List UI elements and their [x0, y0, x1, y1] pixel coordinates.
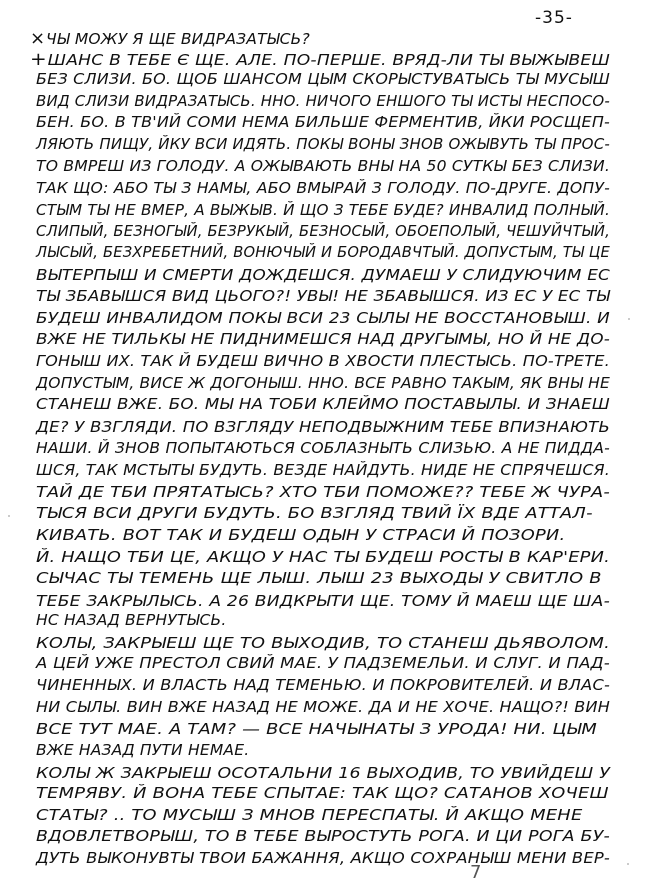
manuscript-line: +ШАНС В ТЕБЕ Є ЩЕ. АЛЕ. ПО-ПЕРШЕ. ВРЯД-Л…	[30, 49, 610, 70]
manuscript-line: ГОНЫШ ИХ. ТАК Й БУДЕШ ВИЧНО В ХВОСТИ ПЛЕ…	[36, 352, 610, 370]
line-text: ТЕМРЯВУ. Й ВОНА ТЕБЕ СПЫТАЕ: ТАК ЩО? САТ…	[36, 784, 609, 802]
line-text: ЧИНЕННЫХ. И ВЛАСТЬ НАД ТЕМЕНЬЮ. И ПОКРОВ…	[36, 676, 610, 694]
manuscript-line: ЛЯЮТЬ ПИЩУ, ЙКУ ВСИ ИДЯТЬ. ПОКЫ ВОНЫ ЗНО…	[36, 135, 610, 153]
line-text: ТО ВМРЕШ ИЗ ГОЛОДУ. А ОЖЫВАЮТЬ ВНЫ НА 50…	[36, 157, 610, 175]
line-text: ТЫ ЗБАВЫШСЯ ВИД ЦЬОГО?! УВЫ! НЕ ЗБАВЫШСЯ…	[36, 287, 610, 305]
line-text: БУДЕШ ИНВАЛИДОМ ПОКЫ ВСИ 23 СЫЛЫ НЕ ВОСС…	[36, 309, 610, 327]
manuscript-line: НАШИ. Й ЗНОВ ПОПЫТАЮТЬСЯ СОБЛАЗНЫТЬ СЛИЗ…	[36, 439, 610, 457]
manuscript-line: ТАЙ ДЕ ТБИ ПРЯТАТЫСЬ? ХТО ТБИ ПОМОЖЕ?? Т…	[36, 483, 610, 501]
manuscript-line: ЧИНЕННЫХ. И ВЛАСТЬ НАД ТЕМЕНЬЮ. И ПОКРОВ…	[36, 676, 610, 694]
line-text: ДУТЬ ВЫКОНУВТЫ ТВОИ БАЖАННЯ, АКЩО СОХРАН…	[36, 849, 610, 867]
manuscript-line: СТАНЕШ ВЖЕ. БО. МЫ НА ТОБИ КЛЕЙМО ПОСТАВ…	[36, 395, 610, 413]
manuscript-line: ЛЫСЫЙ, БЕЗХРЕБЕТНИЙ, ВОНЮЧЫЙ И БОРОДАВЧТ…	[36, 243, 610, 261]
manuscript-line: БЕН. БО. В ТВ'ИЙ СОМИ НЕМА БИЛЬШЕ ФЕРМЕН…	[36, 113, 610, 131]
line-text: А ЦЕЙ УЖЕ ПРЕСТОЛ СВИЙ МАЕ. У ПАДЗЕМЕЛЬИ…	[36, 654, 610, 672]
scan-speck	[8, 515, 10, 517]
line-text: ВДОВЛЕТВОРЫШ, ТО В ТЕБЕ ВЫРОСТУТЬ РОГА. …	[36, 827, 610, 845]
line-text: ВЖЕ НЕ ТИЛЬКЫ НЕ ПИДНИМЕШСЯ НАД ДРУГЫМЫ,…	[36, 330, 610, 348]
line-text: КИВАТЬ. ВОТ ТАК И БУДЕШ ОДЫН У СТРАСИ Й …	[36, 526, 565, 544]
line-text: ШСЯ, ТАК МСТЫТЫ БУДУТЬ. ВЕЗДЕ НАЙДУТЬ. Н…	[36, 461, 610, 479]
line-text: СЛИПЫЙ, БЕЗНОГЫЙ, БЕЗРУКЫЙ, БЕЗНОСЫЙ, ОБ…	[36, 222, 610, 240]
manuscript-line: ТЫСЯ ВСИ ДРУГИ БУДУТЬ. БО ВЗГЛЯД ТВИЙ ЇХ…	[36, 504, 593, 522]
line-text: НАШИ. Й ЗНОВ ПОПЫТАЮТЬСЯ СОБЛАЗНЫТЬ СЛИЗ…	[36, 439, 610, 457]
manuscript-line: ВЫТЕРПЫШ И СМЕРТИ ДОЖДЕШСЯ. ДУМАЕШ У СЛИ…	[36, 266, 610, 284]
manuscript-line: СЫЧАС ТЫ ТЕМЕНЬ ЩЕ ЛЫШ. ЛЫШ 23 ВЫХОДЫ У …	[36, 569, 602, 587]
line-text: ГОНЫШ ИХ. ТАК Й БУДЕШ ВИЧНО В ХВОСТИ ПЛЕ…	[36, 352, 610, 370]
manuscript-line: Й. НАЩО ТБИ ЦЕ, АКЩО У НАС ТЫ БУДЕШ РОСТ…	[36, 548, 610, 566]
manuscript-line: ВИД СЛИЗИ ВИДРАЗАТЫСЬ. ННО. НИЧОГО ЕНШОГ…	[36, 92, 610, 110]
line-text: СТАНЕШ ВЖЕ. БО. МЫ НА ТОБИ КЛЕЙМО ПОСТАВ…	[36, 395, 610, 413]
line-text: КОЛЫ Ж ЗАКРЫЕШ ОСОТАЛЬНИ 16 ВЫХОДИВ, ТО …	[36, 764, 610, 782]
manuscript-line: ВСЕ ТУТ МАЕ. А ТАМ? — ВСЕ НАЧЫНАТЫ З УРО…	[36, 720, 597, 738]
manuscript-line: БУДЕШ ИНВАЛИДОМ ПОКЫ ВСИ 23 СЫЛЫ НЕ ВОСС…	[36, 309, 610, 327]
line-text: Й. НАЩО ТБИ ЦЕ, АКЩО У НАС ТЫ БУДЕШ РОСТ…	[36, 548, 610, 566]
line-text: ТЫСЯ ВСИ ДРУГИ БУДУТЬ. БО ВЗГЛЯД ТВИЙ ЇХ…	[36, 504, 593, 522]
scan-speck	[628, 318, 630, 320]
line-text: ЛЫСЫЙ, БЕЗХРЕБЕТНИЙ, ВОНЮЧЫЙ И БОРОДАВЧТ…	[36, 243, 610, 261]
manuscript-line: ×ЧЫ МОЖУ Я ЩЕ ВИДРАЗАТЫСЬ?	[30, 28, 310, 49]
line-text: КОЛЫ, ЗАКРЫЕШ ЩЕ ТО ВЫХОДИВ, ТО СТАНЕШ Д…	[36, 634, 610, 652]
line-text: ДОПУСТЫМ, ВИСЕ Ж ДОГОНЫШ. ННО. ВСЕ РАВНО…	[36, 374, 610, 392]
manuscript-line: СТАТЫ? .. ТО МУСЫШ З МНОВ ПЕРЕСПАТЫ. Й А…	[36, 806, 582, 824]
manuscript-line: НС НАЗАД ВЕРНУТЫСЬ.	[36, 611, 226, 629]
manuscript-line: ШСЯ, ТАК МСТЫТЫ БУДУТЬ. ВЕЗДЕ НАЙДУТЬ. Н…	[36, 461, 610, 479]
line-text: ШАНС В ТЕБЕ Є ЩЕ. АЛЕ. ПО-ПЕРШЕ. ВРЯД-ЛИ…	[48, 51, 610, 69]
manuscript-line: СТЫМ ТЫ НЕ ВМЕР, А ВЫЖЫВ. Й ЩО З ТЕБЕ БУ…	[36, 201, 610, 219]
line-text: СТЫМ ТЫ НЕ ВМЕР, А ВЫЖЫВ. Й ЩО З ТЕБЕ БУ…	[36, 201, 610, 219]
manuscript-line: ТО ВМРЕШ ИЗ ГОЛОДУ. А ОЖЫВАЮТЬ ВНЫ НА 50…	[36, 157, 610, 175]
manuscript-line: А ЦЕЙ УЖЕ ПРЕСТОЛ СВИЙ МАЕ. У ПАДЗЕМЕЛЬИ…	[36, 654, 610, 672]
answer-marker-icon: +	[30, 49, 48, 70]
line-text: НИ СЫЛЫ. ВИН ВЖЕ НАЗАД НЕ МОЖЕ. ДА И НЕ …	[36, 698, 610, 716]
manuscript-line: ДЕ? У ВЗГЛЯДИ. ПО ВЗГЛЯДУ НЕПОДВЫЖНИМ ТЕ…	[36, 418, 610, 436]
manuscript-line: СЛИПЫЙ, БЕЗНОГЫЙ, БЕЗРУКЫЙ, БЕЗНОСЫЙ, ОБ…	[36, 222, 610, 240]
manuscript-line: БЕЗ СЛИЗИ. БО. ЩОБ ШАНСОМ ЦЫМ СКОРЫСТУВА…	[36, 70, 610, 88]
manuscript-line: ВДОВЛЕТВОРЫШ, ТО В ТЕБЕ ВЫРОСТУТЬ РОГА. …	[36, 827, 610, 845]
line-text: СТАТЫ? .. ТО МУСЫШ З МНОВ ПЕРЕСПАТЫ. Й А…	[36, 806, 582, 824]
manuscript-line: ТЕБЕ ЗАКРЫЛЫСЬ. А 26 ВИДКРЫТИ ЩЕ. ТОМУ Й…	[36, 592, 610, 610]
line-text: ТАК ЩО: АБО ТЫ З НАМЫ, АБО ВМЫРАЙ З ГОЛО…	[36, 179, 610, 197]
manuscript-line: ТАК ЩО: АБО ТЫ З НАМЫ, АБО ВМЫРАЙ З ГОЛО…	[36, 179, 610, 197]
line-text: ТАЙ ДЕ ТБИ ПРЯТАТЫСЬ? ХТО ТБИ ПОМОЖЕ?? Т…	[36, 483, 610, 501]
line-text: ТЕБЕ ЗАКРЫЛЫСЬ. А 26 ВИДКРЫТИ ЩЕ. ТОМУ Й…	[36, 592, 610, 610]
question-marker-icon: ×	[30, 28, 46, 49]
manuscript-line: НИ СЫЛЫ. ВИН ВЖЕ НАЗАД НЕ МОЖЕ. ДА И НЕ …	[36, 698, 610, 716]
manuscript-line: КИВАТЬ. ВОТ ТАК И БУДЕШ ОДЫН У СТРАСИ Й …	[36, 526, 565, 544]
manuscript-line: ДОПУСТЫМ, ВИСЕ Ж ДОГОНЫШ. ННО. ВСЕ РАВНО…	[36, 374, 610, 392]
line-text: БЕН. БО. В ТВ'ИЙ СОМИ НЕМА БИЛЬШЕ ФЕРМЕН…	[36, 113, 610, 131]
manuscript-page: -35- ×ЧЫ МОЖУ Я ЩЕ ВИДРАЗАТЫСЬ?+ШАНС В Т…	[0, 0, 647, 890]
manuscript-line: КОЛЫ Ж ЗАКРЫЕШ ОСОТАЛЬНИ 16 ВЫХОДИВ, ТО …	[36, 764, 610, 782]
line-text: ВИД СЛИЗИ ВИДРАЗАТЫСЬ. ННО. НИЧОГО ЕНШОГ…	[36, 92, 610, 110]
manuscript-line: ВЖЕ НЕ ТИЛЬКЫ НЕ ПИДНИМЕШСЯ НАД ДРУГЫМЫ,…	[36, 330, 610, 348]
line-text: СЫЧАС ТЫ ТЕМЕНЬ ЩЕ ЛЫШ. ЛЫШ 23 ВЫХОДЫ У …	[36, 569, 602, 587]
line-text: НС НАЗАД ВЕРНУТЫСЬ.	[36, 611, 226, 629]
line-text: БЕЗ СЛИЗИ. БО. ЩОБ ШАНСОМ ЦЫМ СКОРЫСТУВА…	[36, 70, 610, 88]
line-text: ЧЫ МОЖУ Я ЩЕ ВИДРАЗАТЫСЬ?	[46, 30, 310, 48]
manuscript-line: КОЛЫ, ЗАКРЫЕШ ЩЕ ТО ВЫХОДИВ, ТО СТАНЕШ Д…	[36, 634, 610, 652]
line-text: ДЕ? У ВЗГЛЯДИ. ПО ВЗГЛЯДУ НЕПОДВЫЖНИМ ТЕ…	[36, 418, 610, 436]
manuscript-line: ВЖЕ НАЗАД ПУТИ НЕМАЕ.	[36, 741, 249, 759]
line-text: ВСЕ ТУТ МАЕ. А ТАМ? — ВСЕ НАЧЫНАТЫ З УРО…	[36, 720, 597, 738]
scan-speck	[627, 863, 629, 865]
footer-mark: 7	[470, 862, 481, 883]
line-text: ЛЯЮТЬ ПИЩУ, ЙКУ ВСИ ИДЯТЬ. ПОКЫ ВОНЫ ЗНО…	[36, 135, 610, 153]
manuscript-line: ДУТЬ ВЫКОНУВТЫ ТВОИ БАЖАННЯ, АКЩО СОХРАН…	[36, 849, 610, 867]
manuscript-line: ТЕМРЯВУ. Й ВОНА ТЕБЕ СПЫТАЕ: ТАК ЩО? САТ…	[36, 784, 609, 802]
page-number: -35-	[535, 8, 573, 28]
manuscript-line: ТЫ ЗБАВЫШСЯ ВИД ЦЬОГО?! УВЫ! НЕ ЗБАВЫШСЯ…	[36, 287, 610, 305]
line-text: ВЫТЕРПЫШ И СМЕРТИ ДОЖДЕШСЯ. ДУМАЕШ У СЛИ…	[36, 266, 610, 284]
line-text: ВЖЕ НАЗАД ПУТИ НЕМАЕ.	[36, 741, 249, 759]
